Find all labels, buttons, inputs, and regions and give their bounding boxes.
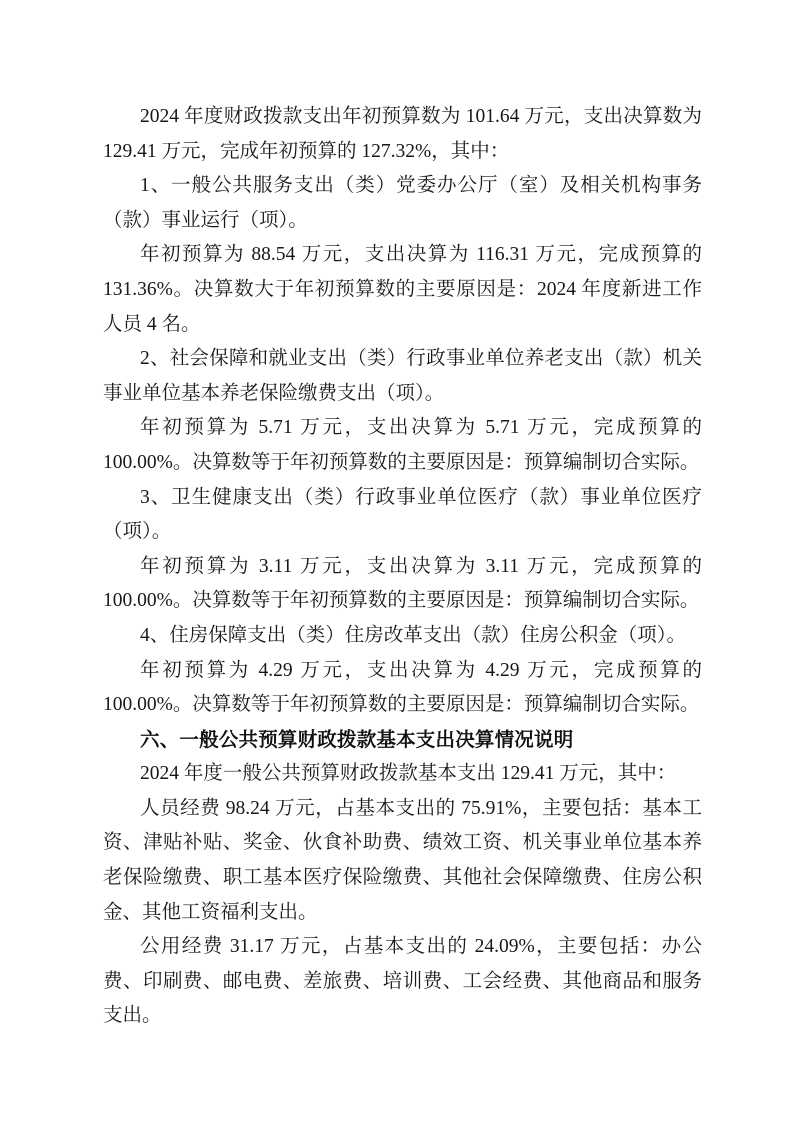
paragraph-item3-category: 3、卫生健康支出（类）行政事业单位医疗（款）事业单位医疗（项）。 — [103, 481, 702, 550]
paragraph-item1-detail: 年初预算为 88.54 万元，支出决算为 116.31 万元，完成预算的 131… — [103, 238, 702, 342]
paragraph-item4-category: 4、住房保障支出（类）住房改革支出（款）住房公积金（项）。 — [103, 619, 702, 654]
section-heading-six: 六、一般公共预算财政拨款基本支出决算情况说明 — [103, 723, 702, 758]
document-page: 2024 年度财政拨款支出年初预算数为 101.64 万元，支出决算数为 129… — [0, 0, 793, 1122]
paragraph-expenditure-overview: 2024 年度财政拨款支出年初预算数为 101.64 万元，支出决算数为 129… — [103, 100, 702, 169]
paragraph-item1-category: 1、一般公共服务支出（类）党委办公厅（室）及相关机构事务（款）事业运行（项）。 — [103, 169, 702, 238]
paragraph-personnel-expenses: 人员经费 98.24 万元，占基本支出的 75.91%，主要包括：基本工资、津贴… — [103, 792, 702, 930]
paragraph-item2-category: 2、社会保障和就业支出（类）行政事业单位养老支出（款）机关事业单位基本养老保险缴… — [103, 342, 702, 411]
document-content: 2024 年度财政拨款支出年初预算数为 101.64 万元，支出决算数为 129… — [103, 100, 702, 1034]
paragraph-item3-detail: 年初预算为 3.11 万元，支出决算为 3.11 万元，完成预算的 100.00… — [103, 550, 702, 619]
paragraph-item4-detail: 年初预算为 4.29 万元，支出决算为 4.29 万元，完成预算的 100.00… — [103, 654, 702, 723]
paragraph-public-expenses: 公用经费 31.17 万元，占基本支出的 24.09%，主要包括：办公费、印刷费… — [103, 930, 702, 1034]
paragraph-item2-detail: 年初预算为 5.71 万元，支出决算为 5.71 万元，完成预算的 100.00… — [103, 411, 702, 480]
paragraph-basic-expenditure-overview: 2024 年度一般公共预算财政拨款基本支出 129.41 万元，其中： — [103, 757, 702, 792]
